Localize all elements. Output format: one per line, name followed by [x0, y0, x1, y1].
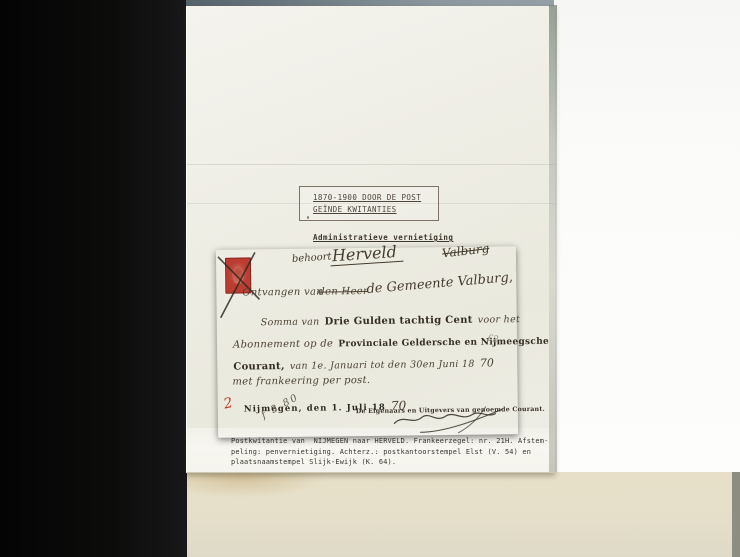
- receipt-document: behoort Herveld Valburg Ontvangen van de…: [216, 246, 518, 438]
- header-box: 1870-1900 DOOR DE POST GEÏNDE KWITANTIES: [299, 186, 439, 221]
- page-edge-shadow: [549, 5, 557, 472]
- sheet-fold-line: [187, 164, 555, 165]
- section-title: Administratieve vernietiging: [313, 233, 453, 242]
- printed-period: van 1e. Januari tot den 30en Juni 18: [290, 359, 475, 372]
- pen-cancellation-icon: [213, 247, 268, 324]
- printed-newspaper-name: Provinciale Geldersche en Nijmeegsche: [338, 337, 549, 350]
- handwritten-valburg-top: Valburg: [441, 241, 490, 260]
- printed-amount: Drie Gulden tachtig Cent: [325, 315, 473, 328]
- caption-line-2: peling: penvernietiging. Achterz.: postk…: [231, 447, 555, 458]
- header-line-1: 1870-1900 DOOR DE POST: [313, 192, 438, 204]
- pencil-notation: £2: [486, 334, 499, 346]
- printed-ontvangen-van: Ontvangen van: [242, 287, 323, 299]
- printed-franking-line: met frankeering per post.: [232, 375, 370, 388]
- signature-mark: [390, 404, 510, 435]
- header-line-2: GEÏNDE KWITANTIES: [313, 204, 438, 216]
- handwritten-herveld: Herveld: [329, 242, 403, 267]
- handwritten-payer: de Gemeente Valburg,: [366, 270, 514, 297]
- handwritten-period-year: 70: [480, 356, 494, 369]
- printed-voor-het: voor het: [478, 314, 520, 326]
- red-crayon-mark: 2: [222, 395, 234, 413]
- caption-line-1: Postkwitantie van NIJMEGEN naar HERVELD.…: [231, 436, 555, 447]
- album-page-photo: 1870-1900 DOOR DE POST GEÏNDE KWITANTIES…: [0, 0, 740, 557]
- printed-abonnement: Abonnement op de: [233, 338, 333, 350]
- photo-background-left: [0, 0, 187, 557]
- photo-background-right: [732, 472, 740, 557]
- backing-page-bottom: [187, 472, 732, 557]
- printed-somma-van: Somma van: [261, 317, 320, 329]
- handwritten-behoort: behoort: [292, 251, 332, 265]
- struck-den-heer: den Heer: [318, 286, 368, 298]
- printed-courant: Courant,: [233, 361, 285, 373]
- album-sheet: 1870-1900 DOOR DE POST GEÏNDE KWITANTIES…: [186, 6, 555, 473]
- caption-line-3: plaatsnaamstempel Slijk-Ewijk (K. 64).: [231, 457, 555, 468]
- adjacent-page: [554, 0, 740, 472]
